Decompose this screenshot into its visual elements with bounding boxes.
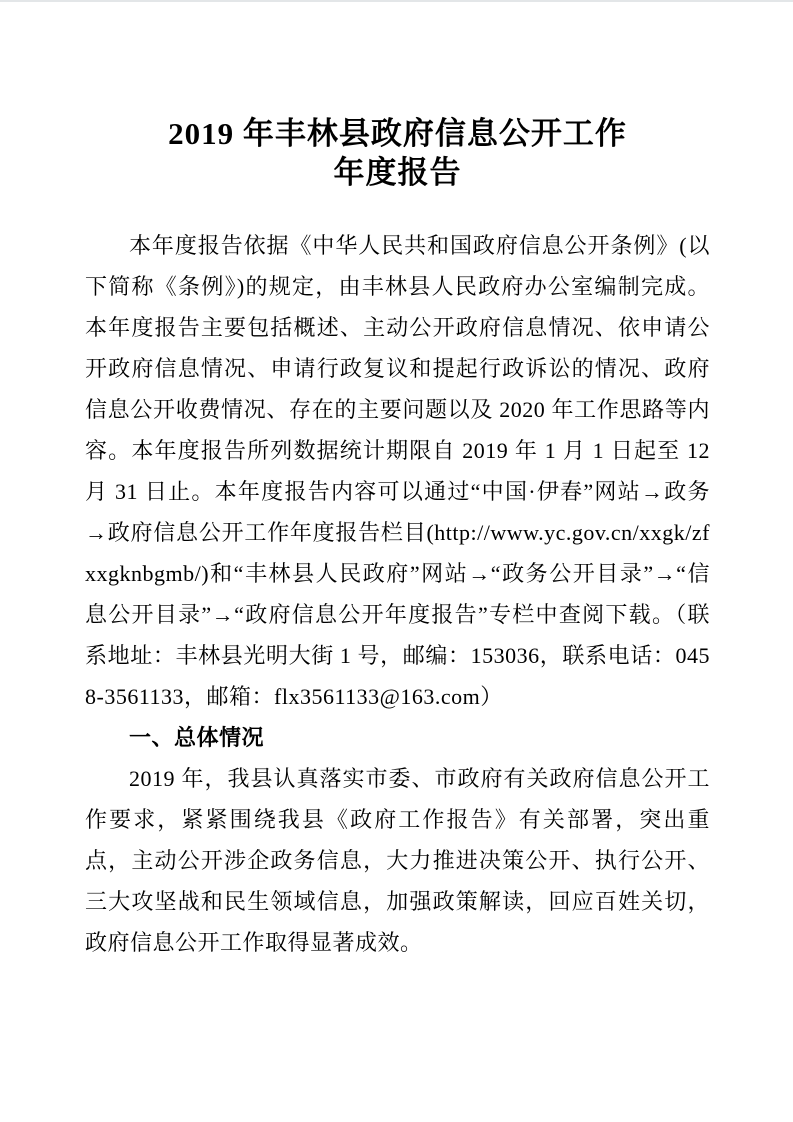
overview-paragraph: 2019 年，我县认真落实市委、市政府有关政府信息公开工作要求，紧紧围绕我县《政… [85,758,710,963]
section-heading-overview: 一、总体情况 [85,717,710,758]
report-page: 2019 年丰林县政府信息公开工作 年度报告 本年度报告依据《中华人民共和国政府… [0,0,793,1122]
intro-text-3: ） [480,684,503,709]
doc-title: 2019 年丰林县政府信息公开工作 年度报告 [85,114,710,192]
contact-email: flx3561133@163.com [274,684,480,709]
intro-text-1: 本年度报告依据《中华人民共和国政府信息公开条例》(以下简称《条例》)的规定，由丰… [85,233,710,545]
intro-paragraph: 本年度报告依据《中华人民共和国政府信息公开条例》(以下简称《条例》)的规定，由丰… [85,225,710,717]
document-body: 本年度报告依据《中华人民共和国政府信息公开条例》(以下简称《条例》)的规定，由丰… [0,225,793,963]
doc-title-line2: 年度报告 [85,153,710,192]
doc-title-line1: 2019 年丰林县政府信息公开工作 [85,114,710,153]
